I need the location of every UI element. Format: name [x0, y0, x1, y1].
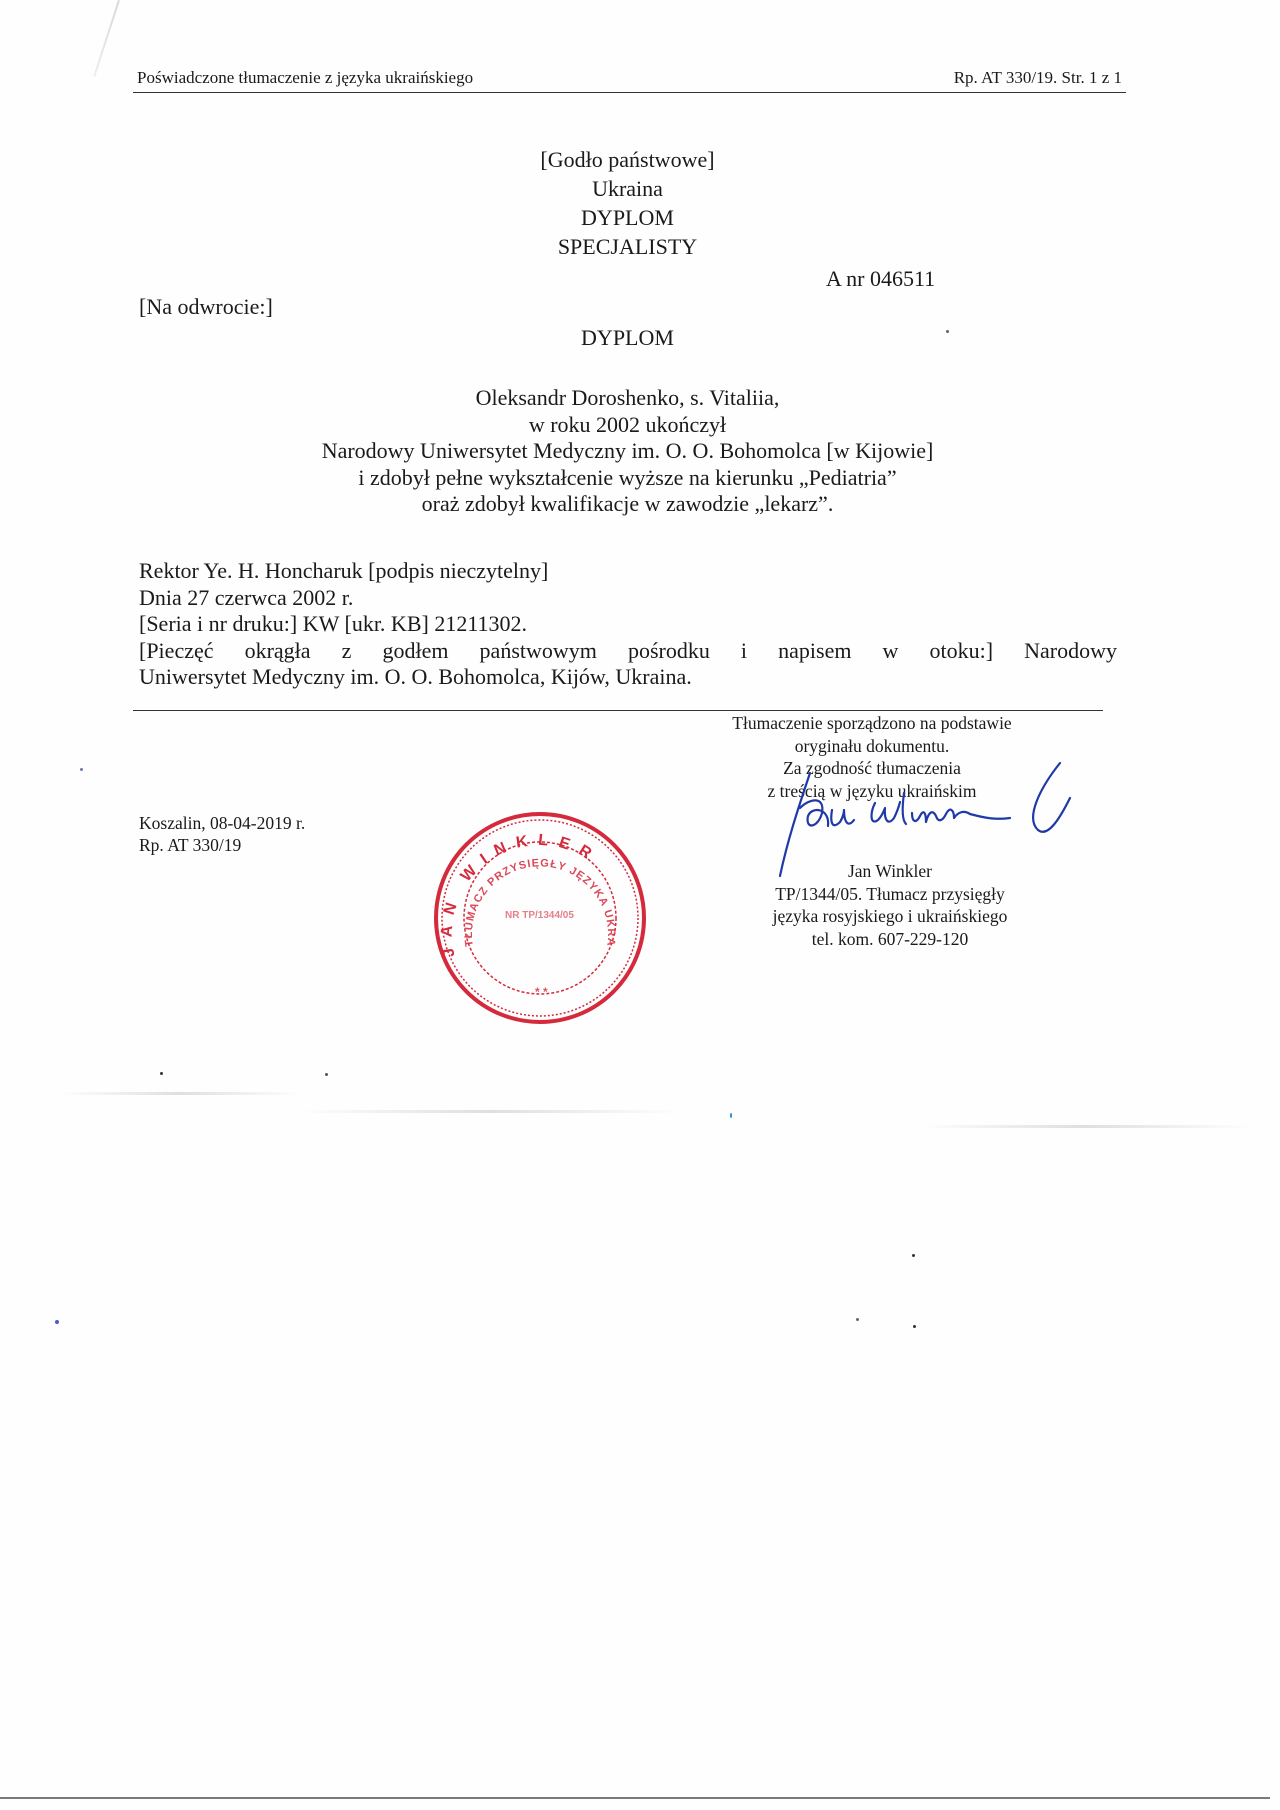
reverse-title: DYPLOM — [0, 323, 1255, 352]
certification-line: Tłumaczenie sporządzono na podstawie — [672, 712, 1072, 735]
field-of-study: i zdobył pełne wykształcenie wyższe na k… — [0, 465, 1255, 492]
certification-line: oryginału dokumentu. — [672, 735, 1072, 758]
issue-date: Dnia 27 czerwca 2002 r. — [139, 585, 1117, 612]
university: Narodowy Uniwersytet Medyczny im. O. O. … — [0, 438, 1255, 465]
scan-speck — [160, 1072, 163, 1075]
scan-crease — [93, 0, 120, 77]
divider — [133, 710, 1103, 711]
stamp-number: NR TP/1344/05 — [505, 910, 574, 921]
seal-description: [Pieczęć okrągła z godłem państwowym poś… — [139, 638, 1117, 665]
reference-number: Rp. AT 330/19 — [139, 834, 305, 856]
translator-languages: języka rosyjskiego i ukraińskiego — [690, 905, 1090, 928]
reverse-label: [Na odwrocie:] — [139, 294, 273, 320]
print-series: [Seria i nr druku:] KW [ukr. KB] 2121130… — [139, 611, 1117, 638]
translator-phone: tel. kom. 607-229-120 — [690, 928, 1090, 951]
diploma-front: [Godło państwowe] Ukraina DYPLOM SPECJAL… — [0, 145, 1255, 261]
country: Ukraina — [0, 174, 1255, 203]
graduate-name: Oleksandr Doroshenko, s. Vitaliia, — [0, 385, 1255, 412]
scan-speck — [325, 1073, 328, 1076]
header-reference: Rp. AT 330/19. Str. 1 z 1 — [954, 68, 1122, 88]
diploma-title: DYPLOM — [0, 203, 1255, 232]
translator-name: Jan Winkler — [690, 860, 1090, 883]
graduation-year: w roku 2002 ukończył — [0, 412, 1255, 439]
scan-speck — [730, 1113, 732, 1118]
translator-info: Jan Winkler TP/1344/05. Tłumacz przysięg… — [690, 860, 1090, 950]
fold-line — [300, 1110, 680, 1113]
scan-speck — [55, 1320, 59, 1324]
qualification: oraż zdobył kwalifikacje w zawodzie „lek… — [0, 491, 1255, 518]
fold-line — [60, 1092, 300, 1095]
rector-line: Rektor Ye. H. Honcharuk [podpis nieczyte… — [139, 558, 1117, 585]
header-title: Poświadczone tłumaczenie z języka ukraiń… — [137, 68, 473, 88]
stamp-star: * * — [535, 985, 548, 999]
page-bottom-edge — [0, 1797, 1270, 1799]
document-page: Poświadczone tłumaczenie z języka ukraiń… — [0, 0, 1280, 1810]
seal-description-cont: Uniwersytet Medyczny im. O. O. Bohomolca… — [139, 664, 1117, 691]
scan-speck — [856, 1318, 859, 1321]
place-and-reference: Koszalin, 08-04-2019 r. Rp. AT 330/19 — [139, 812, 305, 856]
fold-line — [920, 1125, 1250, 1128]
scan-speck — [913, 1325, 916, 1328]
page-header: Poświadczone tłumaczenie z języka ukraiń… — [133, 66, 1126, 93]
emblem-note: [Godło państwowe] — [0, 145, 1255, 174]
translator-license: TP/1344/05. Tłumacz przysięgły — [690, 883, 1090, 906]
diploma-body: Oleksandr Doroshenko, s. Vitaliia, w rok… — [0, 385, 1255, 518]
translator-stamp: JAN WINKLER TŁUMACZ PRZYSIĘGŁY JĘZYKA UK… — [425, 806, 655, 1026]
diploma-subtitle: SPECJALISTY — [0, 232, 1255, 261]
diploma-details: Rektor Ye. H. Honcharuk [podpis nieczyte… — [139, 558, 1117, 691]
place-date: Koszalin, 08-04-2019 r. — [139, 812, 305, 834]
scan-speck — [80, 768, 83, 771]
diploma-number: A nr 046511 — [826, 266, 935, 292]
scan-speck — [912, 1254, 915, 1257]
